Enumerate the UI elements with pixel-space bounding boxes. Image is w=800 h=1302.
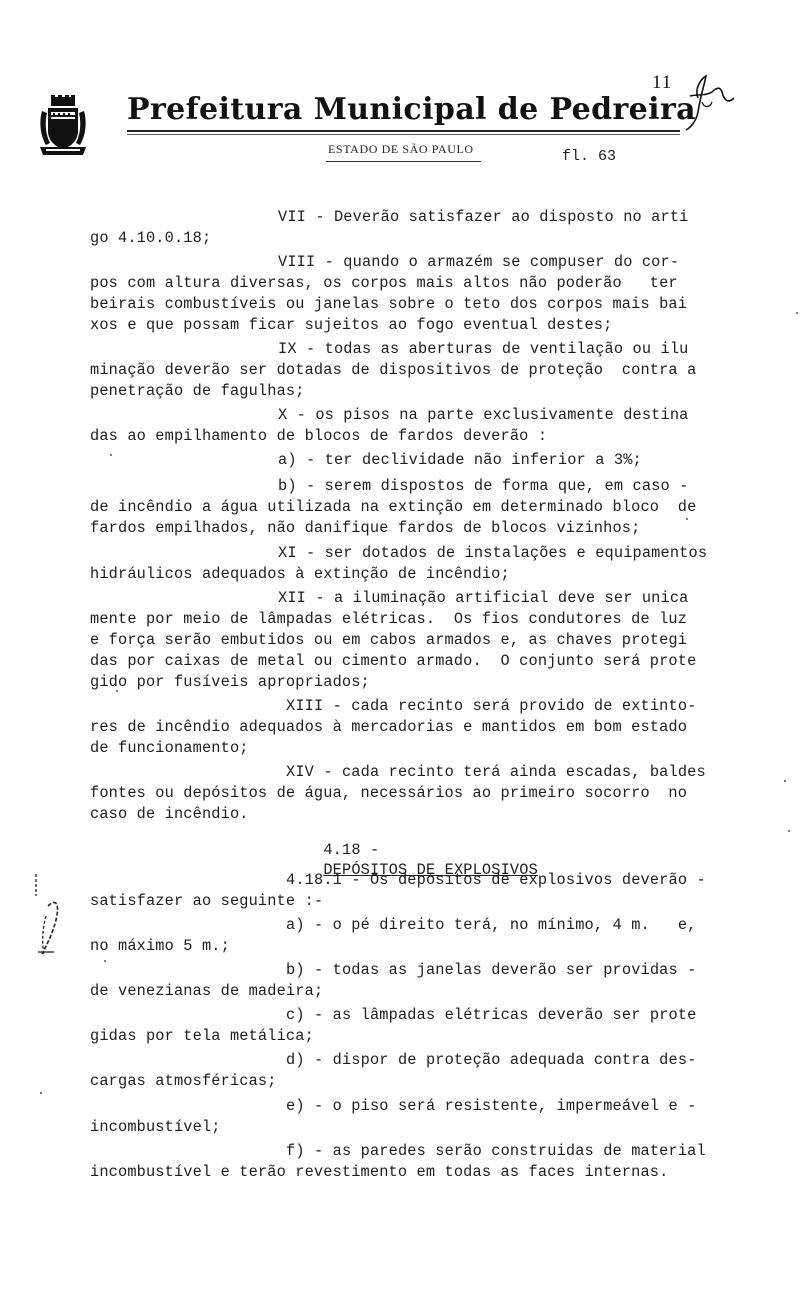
scan-speck — [116, 690, 118, 692]
text-line: penetração de fagulhas; — [90, 381, 305, 401]
scan-speck — [686, 518, 688, 520]
state-subtitle: ESTADO DE SÃO PAULO — [328, 142, 474, 157]
text-line: minação deverão ser dotadas de dispositi… — [90, 360, 696, 380]
municipality-title: Prefeitura Municipal de Pedreira — [127, 92, 696, 127]
text-line: das ao empilhamento de blocos de fardos … — [90, 426, 547, 446]
text-line: XIII - cada recinto será provido de exti… — [286, 696, 697, 716]
text-line: b) - todas as janelas deverão ser provid… — [286, 960, 697, 980]
text-line: gido por fusíveis apropriados; — [90, 672, 370, 692]
text-line: e força serão embutidos ou em cabos arma… — [90, 630, 687, 650]
text-line: de funcionamento; — [90, 738, 249, 758]
section-number: 4.18 - — [323, 841, 379, 859]
text-line: cargas atmosféricas; — [90, 1071, 277, 1091]
text-line: pos com altura diversas, os corpos mais … — [90, 273, 678, 293]
text-line: xos e que possam ficar sujeitos ao fogo … — [90, 315, 612, 335]
text-line: X - os pisos na parte exclusivamente des… — [278, 405, 689, 425]
scan-speck — [110, 454, 112, 456]
text-line: b) - serem dispostos de forma que, em ca… — [278, 476, 689, 496]
coat-of-arms-icon — [38, 95, 88, 157]
text-line: f) - as paredes serão construidas de mat… — [286, 1141, 706, 1161]
text-line: incombustível; — [90, 1117, 221, 1137]
text-line: VII - Deverão satisfazer ao disposto no … — [278, 207, 689, 227]
scan-speck — [784, 780, 786, 782]
text-line: beirais combustíveis ou janelas sobre o … — [90, 294, 687, 314]
text-line: a) - o pé direito terá, no mínimo, 4 m. … — [286, 915, 697, 935]
text-line: XIV - cada recinto terá ainda escadas, b… — [286, 762, 706, 782]
text-line: fardos empilhados, não danifique fardos … — [90, 518, 640, 538]
text-line: satisfazer ao seguinte :- — [90, 891, 323, 911]
state-rule — [326, 161, 481, 162]
text-line: VIII - quando o armazém se compuser do c… — [278, 252, 679, 272]
text-line: res de incêndio adequados à mercadorias … — [90, 717, 687, 737]
text-line: e) - o piso será resistente, impermeável… — [286, 1096, 697, 1116]
text-line: de incêndio a água utilizada na extinção… — [90, 497, 696, 517]
margin-initial-icon — [28, 872, 68, 962]
text-line: XII - a iluminação artificial deve ser u… — [278, 588, 689, 608]
text-line: no máximo 5 m.; — [90, 936, 230, 956]
text-line: incombustível e terão revestimento em to… — [90, 1162, 668, 1182]
text-line: a) - ter declividade não inferior a 3%; — [278, 450, 642, 470]
text-line: gidas por tela metálica; — [90, 1026, 314, 1046]
text-line: go 4.10.0.18; — [90, 228, 211, 248]
folio-number: fl. 63 — [562, 148, 616, 165]
document-page: Prefeitura Municipal de Pedreira ESTADO … — [0, 0, 800, 1302]
text-line: XI - ser dotados de instalações e equipa… — [278, 543, 707, 563]
text-line: hidráulicos adequados à extinção de incê… — [90, 564, 510, 584]
title-rule-thin — [127, 134, 680, 135]
scan-speck — [40, 1092, 42, 1094]
scan-speck — [104, 960, 106, 962]
text-line: fontes ou depósitos de água, necessários… — [90, 783, 687, 803]
text-line: 4.18.1 - Os depósitos de explosivos deve… — [286, 870, 706, 890]
text-line: IX - todas as aberturas de ventilação ou… — [278, 339, 689, 359]
scan-speck — [796, 312, 798, 314]
text-line: mente por meio de lâmpadas elétricas. Os… — [90, 609, 687, 629]
title-rule — [127, 130, 680, 132]
text-line: c) - as lâmpadas elétricas deverão ser p… — [286, 1005, 697, 1025]
text-line: d) - dispor de proteção adequada contra … — [286, 1050, 697, 1070]
text-line: de venezianas de madeira; — [90, 981, 323, 1001]
text-line: caso de incêndio. — [90, 804, 249, 824]
scan-speck — [788, 830, 790, 832]
signature-initials-icon — [676, 68, 736, 134]
handwritten-page-number: 11 — [652, 72, 672, 94]
text-line: das por caixas de metal ou cimento armad… — [90, 651, 696, 671]
